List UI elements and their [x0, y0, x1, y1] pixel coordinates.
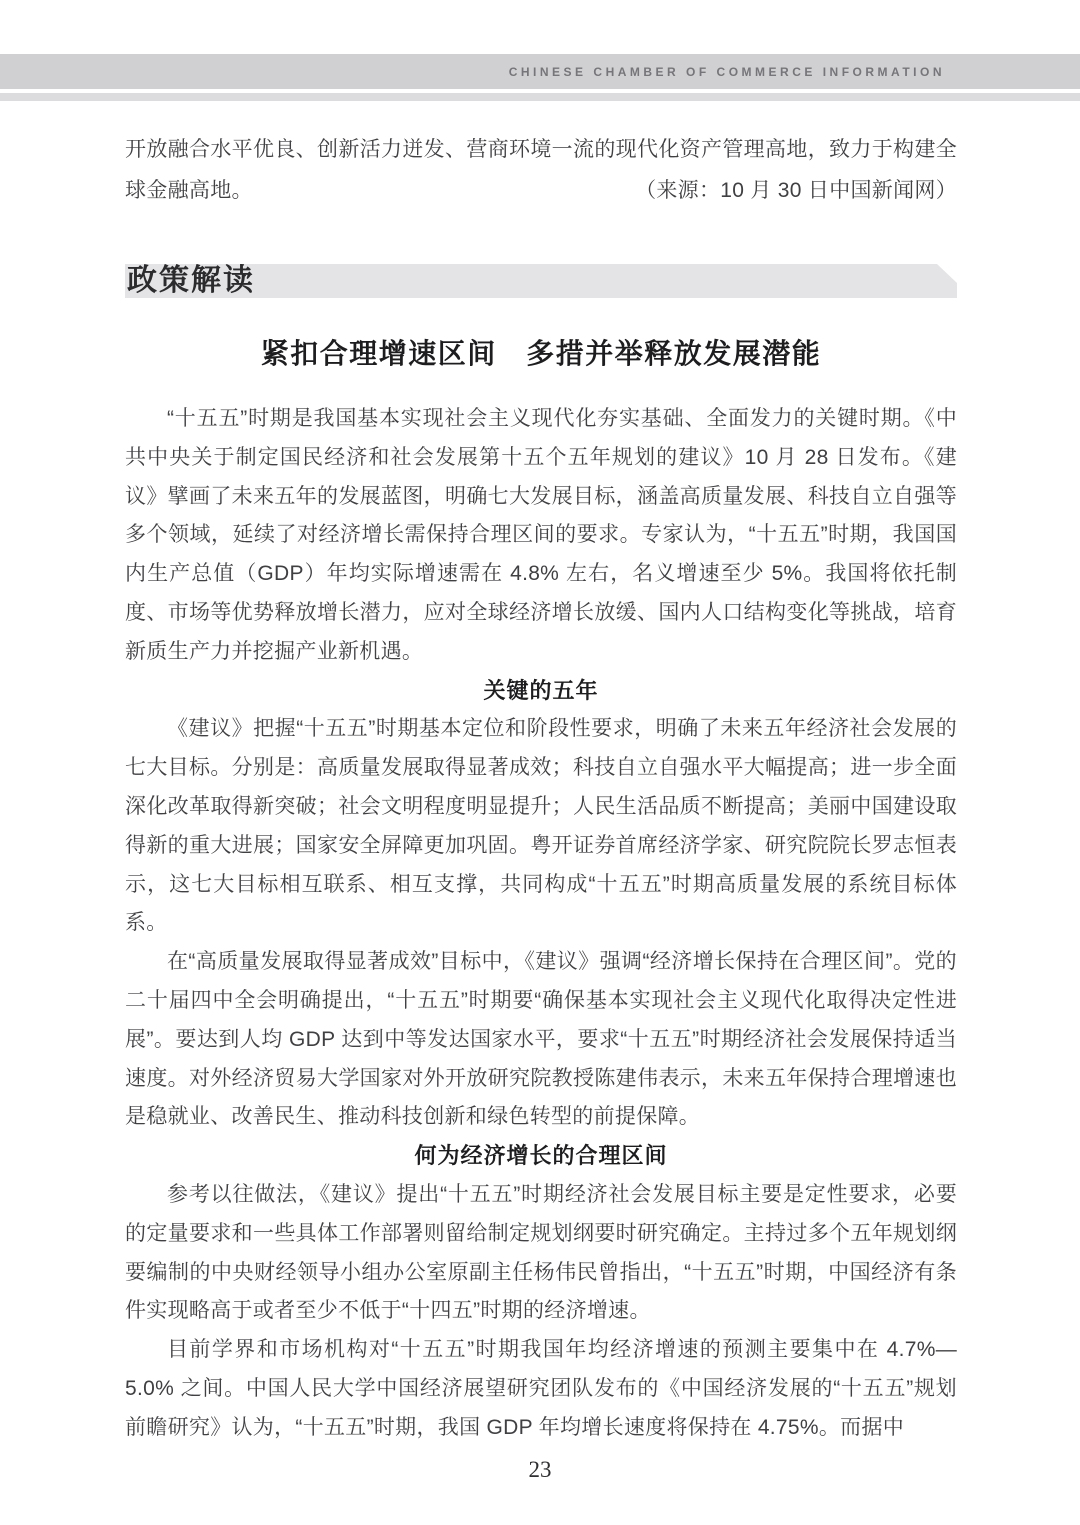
intro-text-tail: 球金融高地。 [125, 170, 253, 211]
intro-paragraph: 开放融合水平优良、创新活力迸发、营商环境一流的现代化资产管理高地，致力于构建全 … [125, 129, 957, 211]
paragraph: 在“高质量发展取得显著成效”目标中，《建议》强调“经济增长保持在合理区间”。党的… [125, 943, 957, 1137]
article-body: “十五五”时期是我国基本实现社会主义现代化夯实基础、全面发力的关键时期。《中共中… [125, 400, 957, 1448]
masthead-title: CHINESE CHAMBER OF COMMERCE INFORMATION [509, 65, 945, 79]
document-page: CHINESE CHAMBER OF COMMERCE INFORMATION … [0, 0, 1080, 1525]
paragraph: 目前学界和市场机构对“十五五”时期我国年均经济增速的预测主要集中在 4.7%—5… [125, 1331, 957, 1447]
article-title: 紧扣合理增速区间 多措并举释放发展潜能 [125, 334, 957, 374]
paragraph: 《建议》把握“十五五”时期基本定位和阶段性要求，明确了未来五年经济社会发展的七大… [125, 710, 957, 943]
page-number: 23 [0, 1457, 1080, 1483]
paragraph: “十五五”时期是我国基本实现社会主义现代化夯实基础、全面发力的关键时期。《中共中… [125, 400, 957, 672]
section-title: 政策解读 [125, 266, 255, 296]
source-note: （来源：10 月 30 日中国新闻网） [635, 170, 957, 211]
masthead-rule [0, 93, 1080, 101]
section-subheading: 关键的五年 [125, 672, 957, 711]
paragraph: 参考以往做法，《建议》提出“十五五”时期经济社会发展目标主要是定性要求，必要的定… [125, 1176, 957, 1331]
intro-text-line1: 开放融合水平优良、创新活力迸发、营商环境一流的现代化资产管理高地，致力于构建全 [125, 129, 957, 170]
section-banner: 政策解读 [125, 264, 957, 298]
intro-text-line2: 球金融高地。 （来源：10 月 30 日中国新闻网） [125, 170, 957, 211]
section-subheading: 何为经济增长的合理区间 [125, 1137, 957, 1176]
masthead-bar: CHINESE CHAMBER OF COMMERCE INFORMATION [0, 54, 1080, 89]
